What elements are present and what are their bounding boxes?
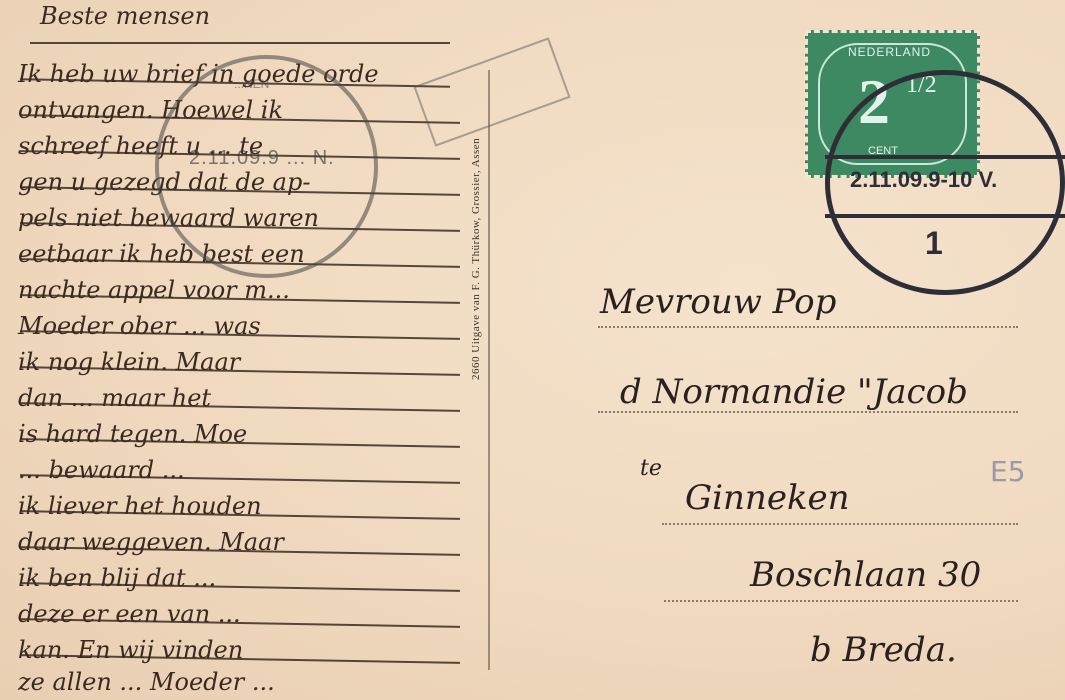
postcard: Beste mensen Ik heb uw brief in goede or… [0,0,1065,700]
message-line: ik liever het houden [18,492,262,520]
pencil-note: E5 [990,455,1026,488]
address-line2: d Normandie "Jacob [620,372,968,412]
left-postmark-date: 2.11.09.9 ... N. [189,147,335,170]
message-line: Moeder ober ... was [18,312,261,340]
right-postmark-number: 1 [925,225,943,262]
message-line: ik ben blij dat ... [18,564,216,592]
left-postmark: ...NEN 2.11.09.9 ... N. [155,55,378,278]
address-town: Ginneken [685,478,850,518]
message-line: dan ... maar het [18,384,211,412]
card-divider [488,70,490,670]
right-postmark-date: 2.11.09.9-10 V. [850,167,997,193]
message-line: ... bewaard ... [18,456,185,484]
address-rule [662,523,1018,525]
address-te: te [640,456,662,481]
address-city: b Breda. [810,630,957,670]
address-rule [598,326,1018,328]
stamp-country: NEDERLAND [848,45,931,59]
message-line: deze er een van ... [18,600,241,628]
address-rule [598,411,1018,413]
publisher-imprint: 2660 Uitgave van F. G. Thürkow, Grossier… [470,138,482,380]
message-line: Beste mensen [40,2,210,30]
message-line: ze allen ... Moeder ... [18,668,275,696]
message-line: kan. En wij vinden [18,636,243,664]
message-line: ik nog klein. Maar [18,348,240,376]
address-street: Boschlaan 30 [750,555,981,595]
message-line: is hard tegen. Moe [18,420,247,448]
address-rule [664,600,1018,602]
address-recipient: Mevrouw Pop [600,282,836,322]
left-postmark-top-text: ...NEN [234,77,269,91]
right-postmark: 2.11.09.9-10 V. 1 [825,70,1065,295]
strike-line [30,42,450,44]
